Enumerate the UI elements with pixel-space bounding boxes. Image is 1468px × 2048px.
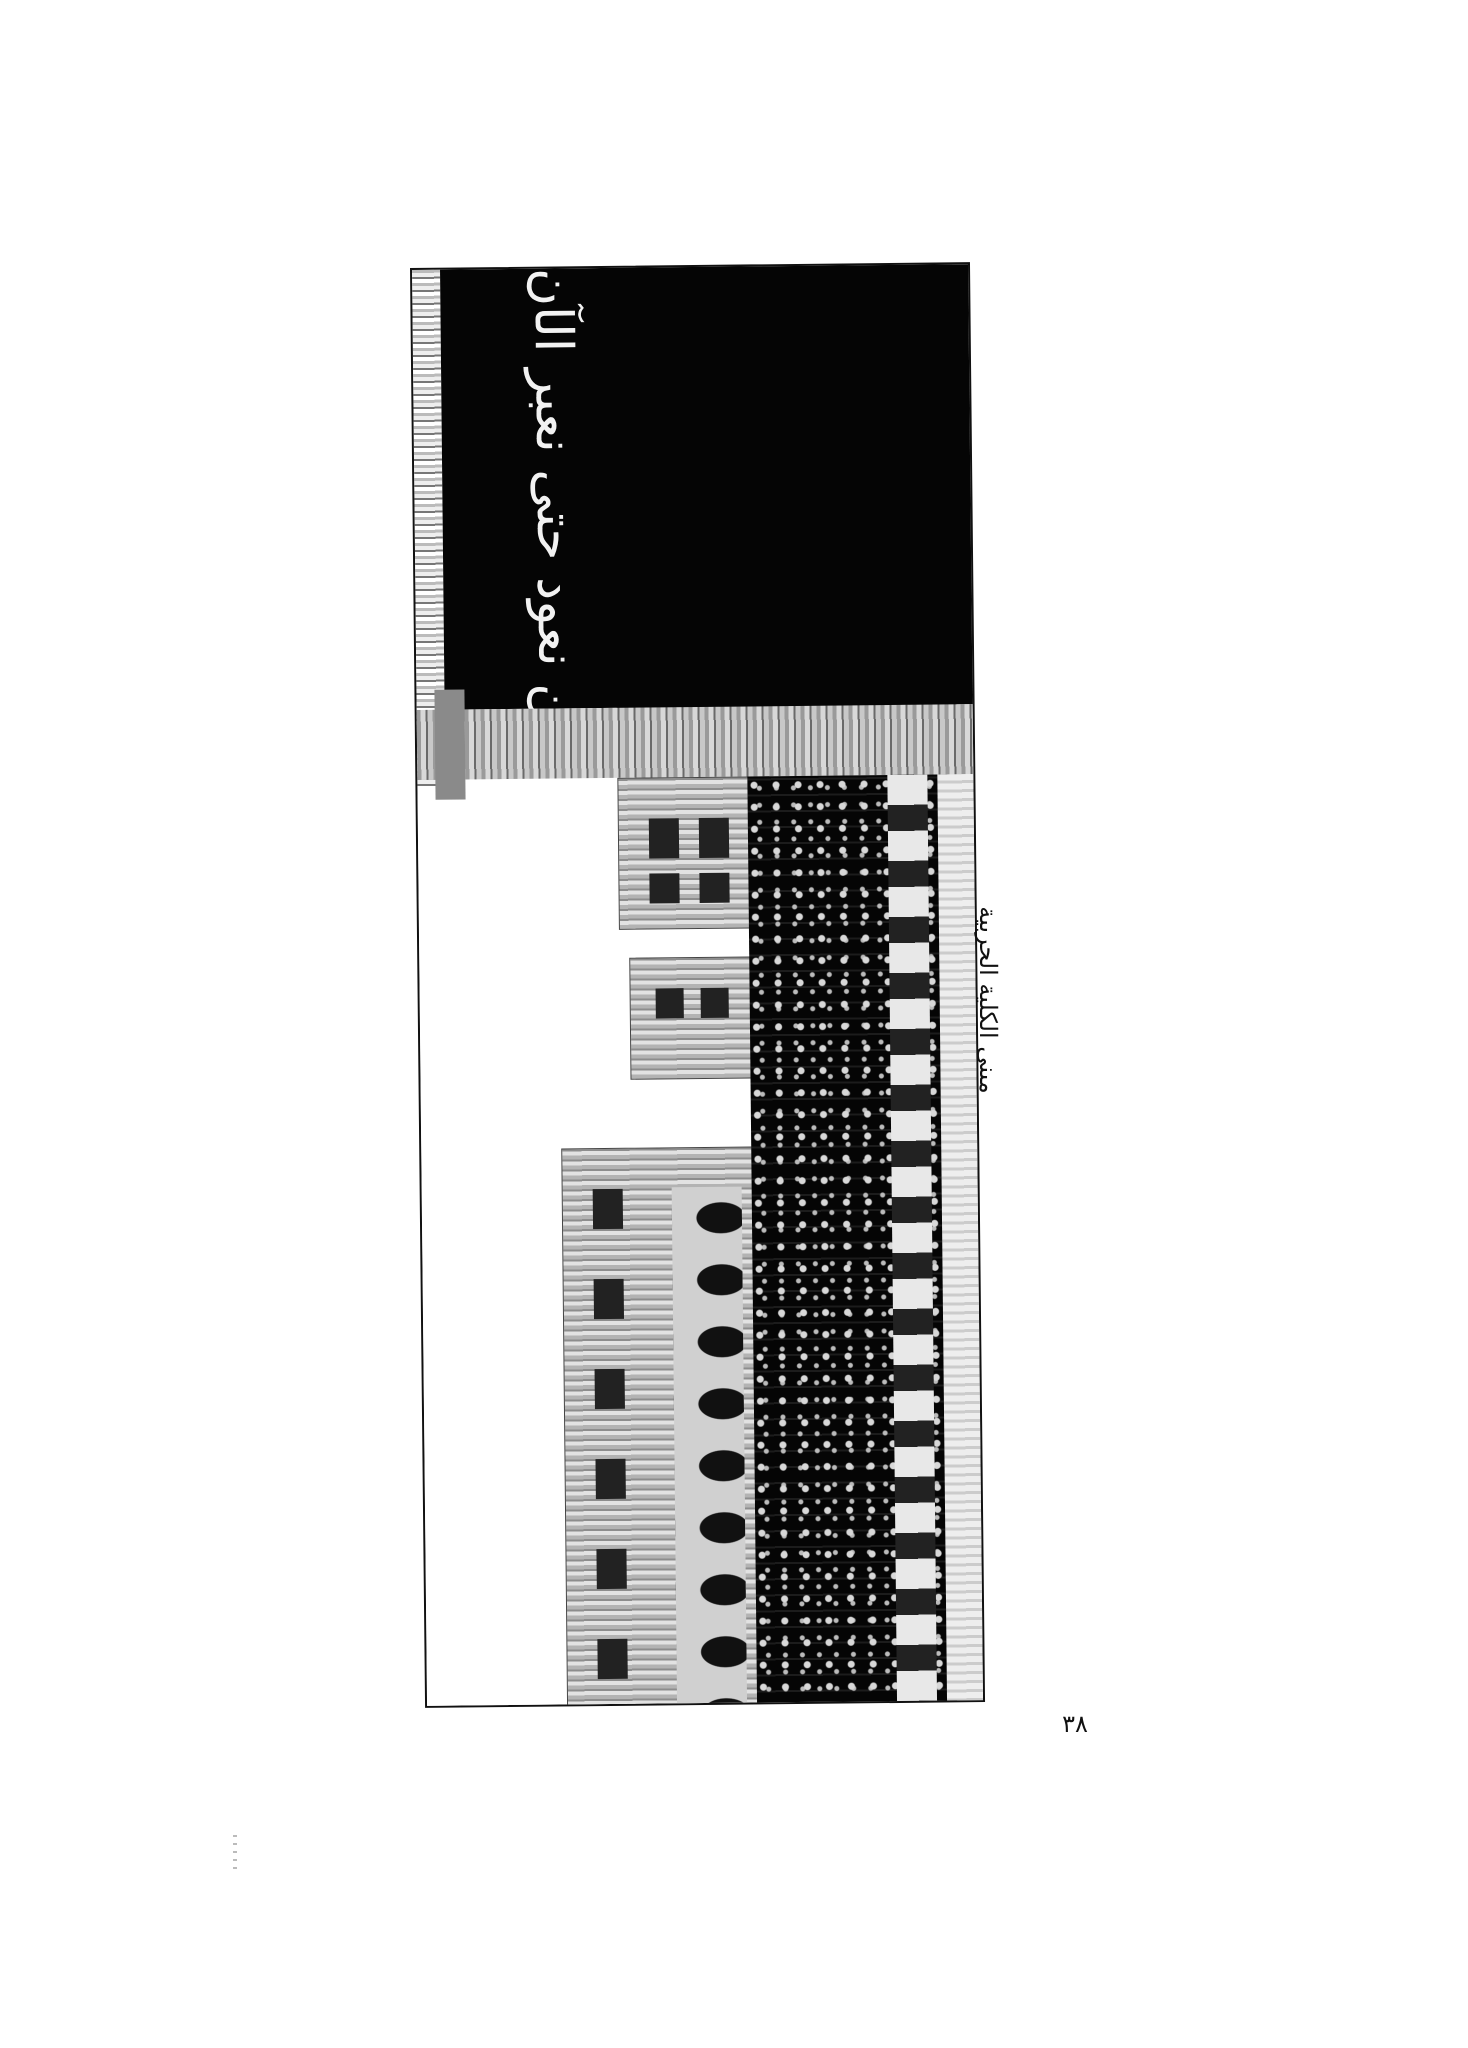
building-arcade-arches	[672, 1187, 747, 1708]
banner-text: لن نعود حتى نعبر الآن بالنصر	[522, 298, 587, 739]
scan-artifact	[233, 1835, 237, 1875]
caption-text: مبنى الكلية الحربية	[974, 880, 1002, 1120]
parade-photo: لن نعود حتى نعبر الآن بالنصر	[410, 262, 985, 1708]
banner-calligraphy-text: لن نعود حتى نعبر الآن بالنصر	[522, 298, 587, 739]
book-page: لن نعود حتى نعبر الآن بالنصر مبنى الكل	[0, 0, 1468, 2048]
calligraphy-banner	[440, 264, 975, 710]
photo-wall-post	[434, 689, 465, 799]
photo-wall-strip	[417, 704, 978, 780]
page-number: ٣٨	[1045, 1710, 1105, 1738]
building-small-2	[629, 956, 762, 1079]
